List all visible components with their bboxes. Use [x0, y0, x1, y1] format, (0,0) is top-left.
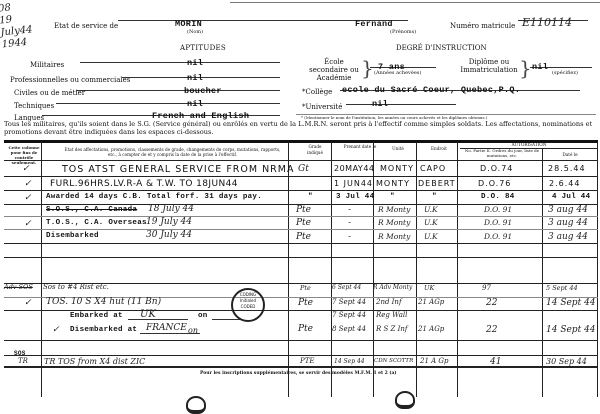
university-label: *Université: [302, 103, 342, 111]
row-grade: Gt: [298, 164, 309, 174]
row-date: 3 Jul 44: [336, 193, 374, 201]
notice-text: Tous les militaires, qu'ils soient dans …: [4, 120, 598, 136]
row-place: U.K: [424, 232, 438, 241]
row-grade: Pte: [298, 324, 313, 334]
row-grade: Pte: [296, 218, 311, 228]
aptitude-line: [56, 103, 280, 104]
aptitude-line: [80, 62, 280, 63]
aptitude-label-militaires: Militaires: [30, 61, 64, 69]
row-grade: PTE: [300, 357, 315, 365]
row-auth-no: D.O.76: [478, 179, 511, 188]
punch-hole-icon: [186, 396, 206, 414]
row-unit: ": [390, 193, 395, 201]
row-auth-date: 4 Jul 44: [552, 193, 590, 201]
row-description-handwritten: FRANCE: [146, 323, 187, 333]
row-auth-no: D.O.74: [480, 164, 513, 173]
row-description-suffix: on: [198, 312, 208, 320]
diploma-value: nil: [532, 62, 548, 72]
row-rule: [4, 229, 598, 230]
row-unit: MONTY: [380, 164, 414, 173]
aptitudes-title: APTITUDES: [180, 44, 226, 52]
row-auth-date: 30 Sep 44: [546, 357, 587, 366]
matricule-label: Numéro matricule: [450, 22, 515, 30]
row-unit: CDN SCOTTR: [374, 358, 413, 364]
row-place: DEBERT: [418, 179, 456, 188]
aptitude-label-civiles: Civiles ou de métier: [14, 89, 85, 97]
row-date: 1 JUN44: [334, 179, 373, 188]
college-value: ecole du Sacré Coeur, Quebec,P.Q.: [342, 85, 520, 95]
row-check: ✓: [24, 193, 32, 203]
university-line: [346, 104, 456, 105]
row-date: 8 Sept 44: [332, 325, 366, 333]
aptitude-value-militaires: nil: [187, 58, 203, 68]
row-auth-no: D.O. 91: [484, 205, 512, 214]
row-description: Disembarked at: [70, 326, 137, 334]
diploma-caption: (spécifiez): [552, 70, 578, 76]
row-rule: [4, 176, 598, 177]
row-description: Disembarked: [46, 232, 99, 240]
row-auth-no: 22: [486, 298, 497, 308]
row-description: TOS. 10 S X4 hut (11 Bn): [46, 297, 161, 307]
row-check: Adv SOS: [4, 283, 33, 291]
secondary-label: École secondaire ou Académie: [305, 58, 363, 82]
row-check: ✓: [24, 179, 32, 189]
row-auth-date: 3 aug 44: [548, 232, 588, 242]
margin-note-line: 1944: [1, 36, 32, 51]
row-rule: [4, 216, 598, 217]
row-description-handwritten: 18 July 44: [148, 204, 194, 214]
row-description: T.O.S., C.A. Overseas: [46, 219, 147, 227]
row-place: 21 AGp: [418, 298, 444, 306]
diploma-label: Diplôme ou Immatriculation: [458, 58, 520, 74]
row-place: U.K: [424, 218, 438, 227]
row-place: 21 AGp: [418, 325, 444, 333]
row-date: -: [348, 205, 351, 215]
row-description-handwritten: UK: [140, 309, 156, 320]
row-check: TR: [18, 357, 28, 365]
row-check: SOS: [14, 350, 26, 357]
footer-note: Pour les inscriptions supplémentaires, s…: [200, 371, 397, 376]
row-auth-no: D.O. 91: [484, 218, 512, 227]
row-auth-no: 97: [482, 284, 491, 292]
row-place: CAPO: [420, 164, 446, 173]
row-auth-date: 5 Sept 44: [546, 284, 578, 292]
coding-stamp: CODING Initialed CODED: [231, 288, 265, 322]
header-description: Etat des affectations, promotions, class…: [60, 147, 285, 157]
row-place: UK: [424, 284, 434, 292]
row-grade: Pte: [296, 232, 311, 242]
given-name: Fernand: [355, 19, 393, 29]
row-date: 7 Sept 44: [332, 311, 366, 319]
header-auth-date: Daté le: [545, 152, 595, 158]
header-unit: Unité: [378, 146, 418, 152]
row-rule: [4, 310, 598, 311]
college-label: *Collège: [302, 88, 332, 96]
row-description: Embarked at: [70, 312, 123, 320]
embark-date-line: [212, 319, 242, 320]
row-description-handwritten: 30 July 44: [146, 230, 192, 240]
row-unit: R Adv Monty: [373, 284, 412, 291]
matricule-number: E110114: [522, 16, 572, 29]
row-auth-date: 28.5.44: [548, 164, 586, 173]
row-rule: [4, 257, 598, 258]
row-unit: R S Z Inf: [376, 325, 407, 333]
row-auth-date: 3 aug 44: [548, 205, 588, 215]
row-auth-date: 14 Sept 44: [546, 325, 596, 335]
row-date: 7 Sept 44: [332, 298, 366, 306]
row-grade: ": [308, 193, 313, 201]
row-date: -: [348, 232, 351, 242]
aptitude-value-civiles: boucher: [184, 86, 222, 96]
row-rule: [4, 340, 598, 341]
margin-note: 08 19 July44 1944: [0, 1, 32, 52]
brace: }: [361, 56, 374, 80]
row-auth-date: 14 Sept 44: [546, 298, 596, 308]
row-rule: [4, 243, 598, 244]
punch-hole-icon: [395, 391, 415, 409]
header-bottom-border: [4, 160, 598, 161]
col-divider: [288, 142, 289, 397]
row-date: -: [348, 218, 351, 228]
row-unit: Reg Wall: [376, 311, 407, 319]
row-auth-no: 41: [490, 357, 501, 367]
row-rule: [4, 190, 598, 191]
row-description: S.O.S., C.A. Canada: [46, 206, 137, 214]
row-description: FURL.96HRS.LV.R-A & T.W. TO 18JUN44: [50, 179, 238, 189]
header-margin: Cette colonne pour fins de contrôle seul…: [6, 145, 42, 165]
header-grade: Grade indiqué: [300, 144, 330, 156]
brace: }: [519, 56, 532, 80]
instruction-title: DEGRÉ D'INSTRUCTION: [396, 44, 487, 52]
row-place: ": [432, 193, 437, 201]
row-date: 6 Sept 44: [332, 284, 361, 291]
header-place: Endroit: [418, 146, 460, 152]
row-check: ✓: [52, 325, 60, 335]
col-divider: [597, 142, 598, 397]
col-divider: [331, 142, 332, 397]
row-auth-date: 2.6.44: [549, 179, 580, 188]
row-unit: R Monty: [378, 232, 410, 241]
given-caption: (Prénoms): [390, 29, 416, 35]
col-divider: [542, 148, 543, 397]
embark-line: [128, 319, 188, 320]
row-grade: Pte: [298, 298, 313, 308]
row-grade: Pte: [300, 284, 311, 292]
aptitude-line: [76, 90, 280, 91]
row-auth-no: D.O. 84: [481, 193, 515, 201]
row-date: 14 Sep 44: [334, 358, 365, 365]
row-check: ✓: [24, 219, 32, 229]
row-unit: 2nd Inf: [376, 298, 402, 306]
row-check: ✓: [22, 164, 30, 174]
row-description-suffix: on: [188, 326, 198, 335]
col-divider: [416, 142, 417, 397]
row-unit: R Monty: [378, 218, 410, 227]
stamp-bottom-text: CODED: [233, 304, 263, 310]
surname: MORIN: [175, 19, 202, 29]
aptitude-value-professionnelles: nil: [187, 73, 203, 83]
etat-label: Etat de service de: [54, 22, 118, 30]
top-border: [230, 2, 600, 3]
row-auth-no: 22: [486, 325, 497, 335]
row-place: 21 A Gp: [420, 357, 449, 365]
col-divider: [41, 142, 42, 397]
row-unit: R Monty: [378, 205, 410, 214]
aptitude-label-professionnelles: Professionnelles ou commerciales: [10, 76, 130, 84]
aptitude-value-techniques: nil: [187, 99, 203, 109]
secondary-caption: (Années achevées): [374, 70, 421, 76]
row-description: Awarded 14 days C.B. Total forf. 31 days…: [46, 193, 262, 201]
row-place: U.K: [424, 205, 438, 214]
row-unit: MONTY: [376, 179, 410, 188]
row-auth-date: 3 aug 44: [548, 218, 588, 228]
row-date: 20MAY44: [334, 164, 375, 173]
row-grade: Pte: [296, 205, 311, 215]
university-value: nil: [372, 99, 388, 109]
col-divider: [457, 142, 458, 397]
header-auth-no: No. Partie II. Ordres du jour, liste de …: [462, 149, 542, 158]
row-description-handwritten: 19 July 44: [146, 217, 192, 227]
row-auth-no: D.O. 91: [484, 232, 512, 241]
surname-caption: (Nom): [187, 29, 203, 35]
row-check: ✓: [24, 298, 32, 308]
aptitude-label-techniques: Techniques: [14, 102, 54, 110]
row-rule: [4, 355, 598, 356]
row-description: TOS ATST GENERAL SERVICE FROM NRMA: [62, 164, 294, 175]
row-description: TR TOS from X4 dist ZIC: [44, 357, 145, 366]
row-description: Sos to #4 Rist etc.: [43, 283, 109, 291]
table-bottom-border: [4, 366, 598, 368]
